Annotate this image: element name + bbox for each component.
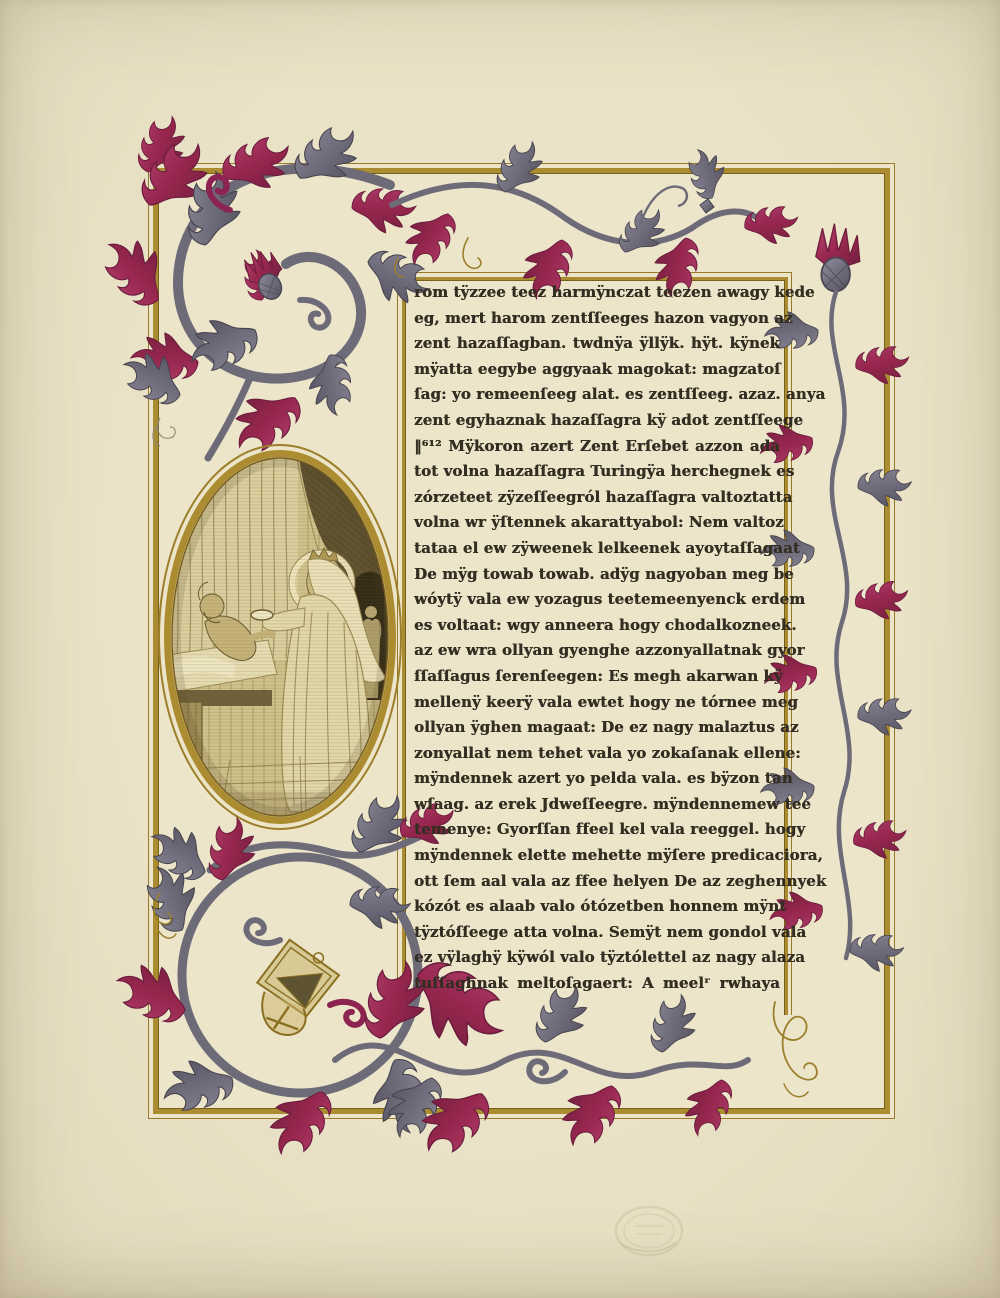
text-line: rom tÿzzee teez harmÿnczat teezen awagy … (414, 283, 780, 309)
text-line: ſſaſſagus ſerenſeegen: Es megh akarwan k… (414, 667, 780, 693)
text-line: ollyan ÿghen magaat: De ez nagy malaztus… (414, 718, 780, 744)
text-line: temenye: Gyorſſan ffeel kel vala reeggel… (414, 820, 780, 846)
text-line: es voltaat: wgy anneera hogy chodalkozne… (414, 616, 780, 642)
text-line: tot volna hazaſſagra Turingÿa herchegnek… (414, 462, 780, 488)
text-line: kózót es alaab valo ótózetben honnem mÿn… (414, 897, 780, 923)
manuscript-facsimile-page: { "manuscript": { "folio_mark": "612", "… (0, 0, 1000, 1298)
text-line: mÿatta eegybe aggyaak magokat: magzatoſ (414, 360, 780, 386)
text-line: wſaag. az erek Jdweſſeegre. mÿndennemew … (414, 795, 780, 821)
text-line: mÿndennek elette mehette mÿſere predicac… (414, 846, 780, 872)
text-line: az ew wra ollyan gyenghe azzonyallatnak … (414, 641, 780, 667)
text-line: tataa el ew zÿweenek lelkeenek ayoytaſſa… (414, 539, 780, 565)
text-line: zonyallat nem tehet vala yo zokaſanak el… (414, 744, 780, 770)
text-line: ez vÿlaghÿ kÿwól valo tÿztólettel az nag… (414, 948, 780, 974)
text-line: zórzeteet zÿzeſſeegról hazaſſagra valtoz… (414, 488, 780, 514)
text-line: ‖⁶¹² Mÿkoron azert Zent Erſebet azzon ad… (414, 437, 780, 463)
text-line: ott ſem aal vala az ffee helyen De az ze… (414, 872, 780, 898)
text-line: tuſſaghnak meltoſagaert: A meelʳ rwhaya (414, 974, 780, 1000)
manuscript-text-block: rom tÿzzee teez harmÿnczat teezen awagy … (414, 283, 780, 1000)
text-line: eg, mert harom zentſſeeges hazon vagyon … (414, 309, 780, 335)
text-line: tÿztóſſeege atta volna. Semÿt nem gondol… (414, 923, 780, 949)
text-line: volna wr ÿſtennek akarattyabol: Nem valt… (414, 513, 780, 539)
text-line: ſag: yo remeenſeeg alat. es zentſſeeg. a… (414, 385, 780, 411)
text-line: zent hazaſſagban. twdnÿa ÿllÿk. hÿt. kÿn… (414, 334, 780, 360)
embossed-stamp (616, 1207, 682, 1255)
text-line: wóytÿ vala ew yozagus teetemeenyenck erd… (414, 590, 780, 616)
text-line: mÿndennek azert yo pelda vala. es bÿzon … (414, 769, 780, 795)
text-line: zent egyhaznak hazaſſagra kÿ adot zentſſ… (414, 411, 780, 437)
text-line: mellenÿ keerÿ vala ewtet hogy ne tórnee … (414, 693, 780, 719)
text-line: De mÿg towab towab. adÿg nagyoban meg be (414, 565, 780, 591)
